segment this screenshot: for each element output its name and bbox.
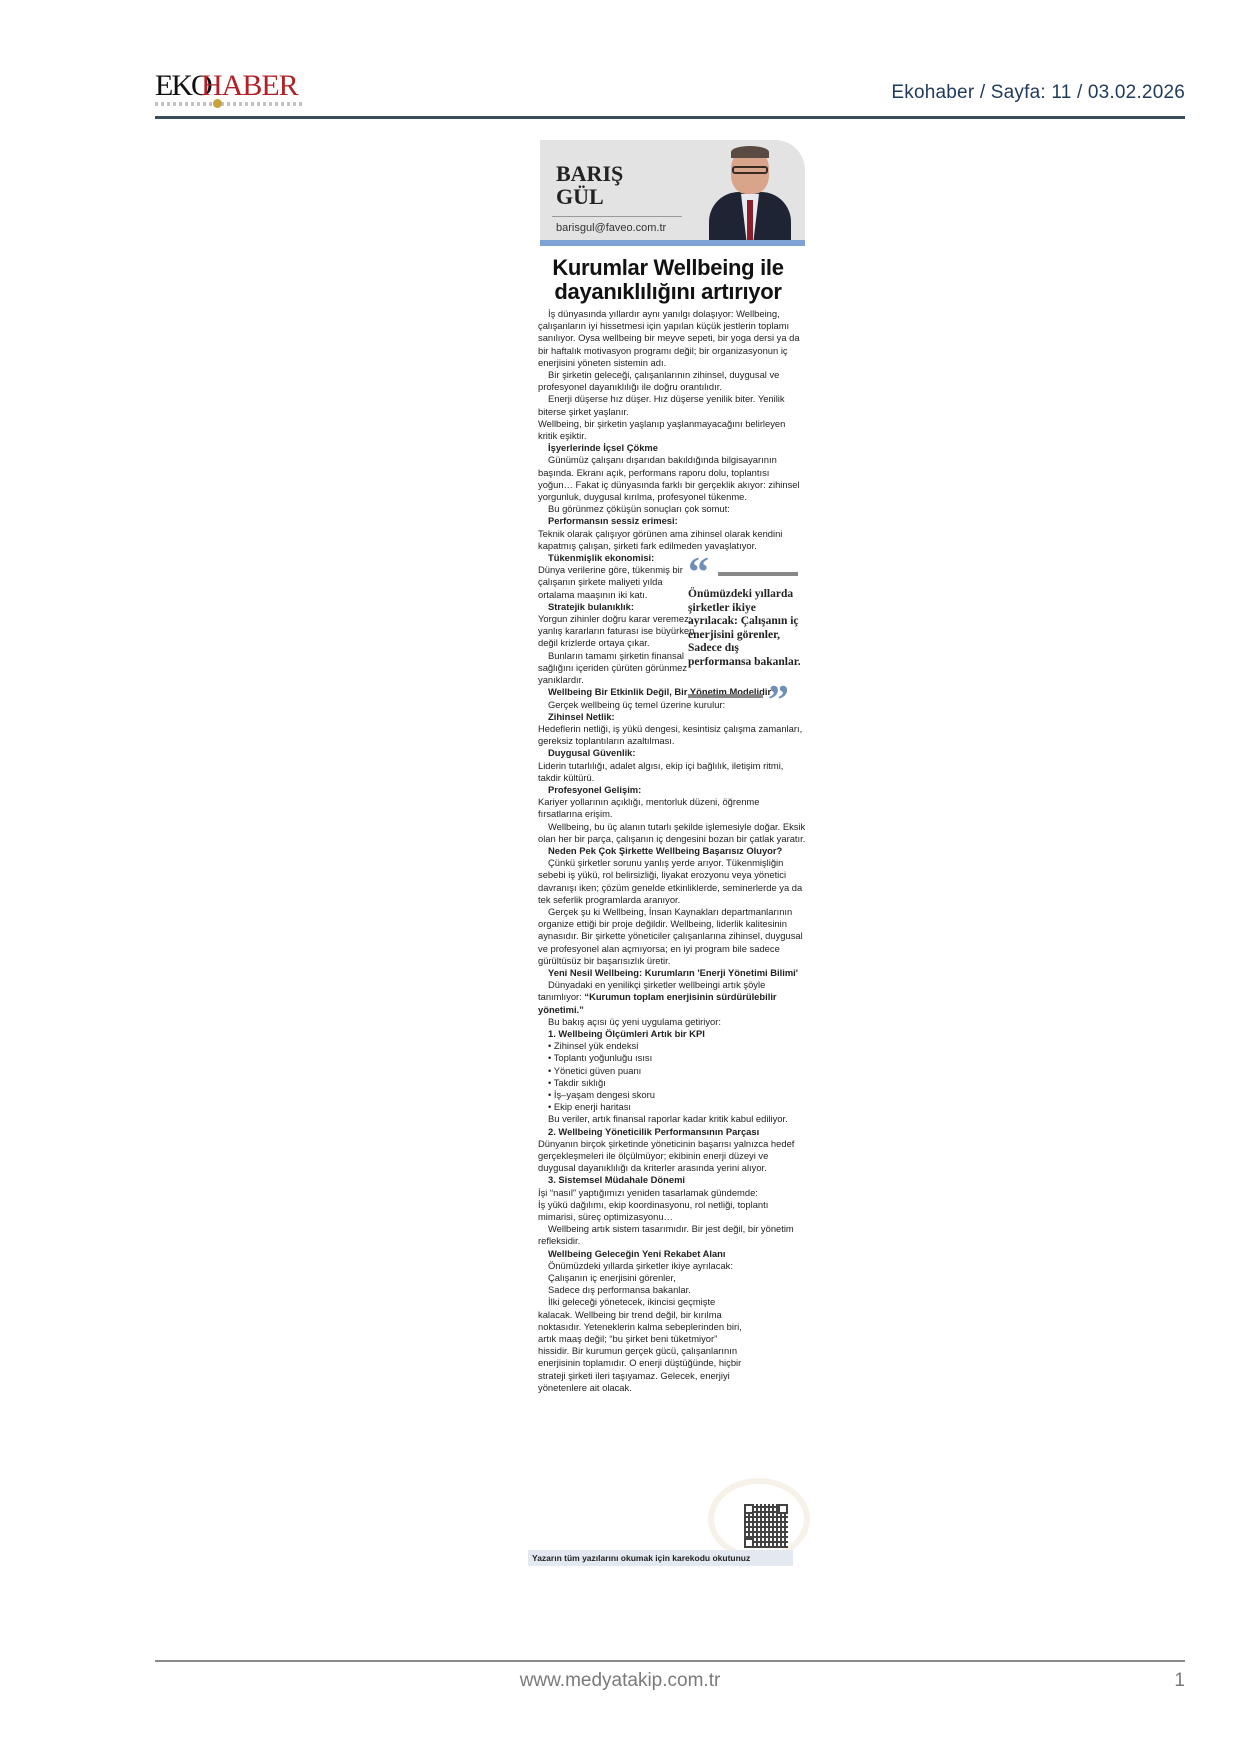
paragraph: Bunların tamamı şirketin finansal sağlığ… — [538, 650, 696, 687]
author-name: BARIŞ GÜL — [556, 162, 623, 208]
author-divider — [552, 216, 682, 217]
section-heading: Yeni Nesil Wellbeing: Kurumların 'Enerji… — [538, 967, 806, 979]
section-heading: Wellbeing Bir Etkinlik Değil, Bir Yöneti… — [538, 686, 806, 698]
quote-rule-top — [718, 572, 798, 576]
paragraph: İşi “nasıl” yaptığımızı yeniden tasarlam… — [538, 1187, 806, 1199]
header-divider — [155, 116, 1185, 119]
subheading: Profesyonel Gelişim: — [538, 784, 806, 796]
kpi-bullet: • Ekip enerji haritası — [538, 1101, 806, 1113]
page-number: 1 — [1174, 1670, 1185, 1692]
paragraph: Teknik olarak çalışıyor görünen ama zihi… — [538, 528, 806, 552]
author-first-name: BARIŞ — [556, 162, 623, 185]
section-heading: Wellbeing Geleceğin Yeni Rekabet Alanı — [538, 1248, 806, 1260]
paragraph: Enerji düşerse hız düşer. Hız düşerse ye… — [538, 393, 806, 417]
paragraph: Kariyer yollarının açıklığı, mentorluk d… — [538, 796, 806, 820]
publication-meta: Ekohaber / Sayfa: 11 / 03.02.2026 — [891, 82, 1185, 104]
kpi-bullet: • Toplantı yoğunluğu ısısı — [538, 1052, 806, 1064]
author-banner: BARIŞ GÜL barisgul@faveo.com.tr — [540, 140, 805, 240]
paragraph: Çünkü şirketler sorunu yanlış yerde arıy… — [538, 857, 806, 906]
headline-line-2: dayanıklılığını artırıyor — [528, 280, 808, 304]
footer-divider — [155, 1660, 1185, 1662]
logo-haber: HABER — [201, 70, 298, 102]
author-photo — [705, 144, 795, 240]
footer-url[interactable]: www.medyatakip.com.tr — [0, 1670, 1240, 1692]
article-headline: Kurumlar Wellbeing ile dayanıklılığını a… — [528, 256, 808, 304]
paragraph: Bu veriler, artık finansal raporlar kada… — [538, 1113, 806, 1125]
photo-hair — [731, 146, 769, 158]
paragraph: Wellbeing, bu üç alanın tutarlı şekilde … — [538, 821, 806, 845]
qr-caption: Yazarın tüm yazılarını okumak için karek… — [528, 1550, 793, 1566]
article-body: İş dünyasında yıllardır aynı yanılgı dol… — [538, 308, 806, 1394]
page-header: EKO HABER Ekohaber / Sayfa: 11 / 03.02.2… — [155, 68, 1185, 118]
paragraph: Hedeflerin netliği, iş yükü dengesi, kes… — [538, 723, 806, 747]
photo-tie — [747, 200, 753, 240]
paragraph: Sadece dış performansa bakanlar. — [538, 1284, 806, 1296]
paragraph: Gerçek wellbeing üç temel üzerine kurulu… — [538, 699, 806, 711]
paragraph: Liderin tutarlılığı, adalet algısı, ekip… — [538, 760, 806, 784]
logo-tagline — [155, 102, 305, 106]
kpi-bullet: • Yönetici güven puanı — [538, 1065, 806, 1077]
paragraph: Yorgun zihinler doğru karar veremez; yan… — [538, 613, 696, 650]
subheading: Duygusal Güvenlik: — [538, 747, 806, 759]
qr-finder-icon — [778, 1504, 788, 1514]
qr-code[interactable] — [744, 1504, 788, 1548]
author-last-name: GÜL — [556, 185, 623, 208]
subheading: Stratejik bulanıklık: — [538, 601, 706, 613]
paragraph: Dünyanın birçok şirketinde yöneticinin b… — [538, 1138, 806, 1175]
paragraph: Çalışanın iç enerjisini görenler, — [538, 1272, 806, 1284]
qr-finder-icon — [744, 1538, 754, 1548]
paragraph: Dünyadaki en yenilikçi şirketler wellbei… — [538, 979, 806, 1016]
kpi-bullet: • Zihinsel yük endeksi — [538, 1040, 806, 1052]
section-heading: İşyerlerinde İçsel Çökme — [538, 442, 806, 454]
author-email: barisgul@faveo.com.tr — [556, 222, 666, 234]
paragraph: Dünya verilerine göre, tükenmiş bir çalı… — [538, 564, 696, 601]
paragraph: Günümüz çalışanı dışarıdan bakıldığında … — [538, 454, 806, 503]
subheading: Zihinsel Netlik: — [538, 711, 806, 723]
kpi-bullet: • İş–yaşam dengesi skoru — [538, 1089, 806, 1101]
subheading: Performansın sessiz erimesi: — [538, 515, 806, 527]
article-clipping: BARIŞ GÜL barisgul@faveo.com.tr Kurumlar… — [528, 138, 808, 1578]
seal-icon — [213, 99, 222, 108]
ekohaber-logo: EKO HABER — [155, 70, 305, 110]
subheading: 1. Wellbeing Ölçümleri Artık bir KPI — [538, 1028, 806, 1040]
paragraph: İlki geleceği yönetecek, ikincisi geçmiş… — [538, 1296, 743, 1394]
qr-finder-icon — [744, 1504, 754, 1514]
quote-rule-bottom — [688, 694, 763, 698]
paragraph: Wellbeing artık sistem tasarımıdır. Bir … — [538, 1223, 806, 1247]
pull-quote-text: Önümüzdeki yıllarda şirketler ikiye ayrı… — [688, 588, 803, 669]
kpi-bullet: • Takdir sıklığı — [538, 1077, 806, 1089]
paragraph: İş yükü dağılımı, ekip koordinasyonu, ro… — [538, 1199, 806, 1223]
author-accent-bar — [540, 240, 805, 246]
close-quote-icon: ” — [768, 686, 789, 716]
paragraph: Önümüzdeki yıllarda şirketler ikiye ayrı… — [538, 1260, 806, 1272]
headline-line-1: Kurumlar Wellbeing ile — [528, 256, 808, 280]
paragraph: Wellbeing, bir şirketin yaşlanıp yaşlanm… — [538, 418, 806, 442]
paragraph: Bir şirketin geleceği, çalışanlarının zi… — [538, 369, 806, 393]
photo-glasses — [732, 166, 768, 174]
paragraph: Gerçek şu ki Wellbeing, İnsan Kaynakları… — [538, 906, 806, 967]
paragraph: Bu görünmez çöküşün sonuçları çok somut: — [538, 503, 806, 515]
section-heading: Neden Pek Çok Şirkette Wellbeing Başarıs… — [538, 845, 806, 857]
subheading: Tükenmişlik ekonomisi: — [538, 552, 706, 564]
open-quote-icon: “ — [688, 558, 709, 588]
paragraph: Bu bakış açısı üç yeni uygulama getiriyo… — [538, 1016, 806, 1028]
paragraph: İş dünyasında yıllardır aynı yanılgı dol… — [538, 308, 806, 369]
subheading: 2. Wellbeing Yöneticilik Performansının … — [538, 1126, 806, 1138]
subheading: 3. Sistemsel Müdahale Dönemi — [538, 1174, 806, 1186]
